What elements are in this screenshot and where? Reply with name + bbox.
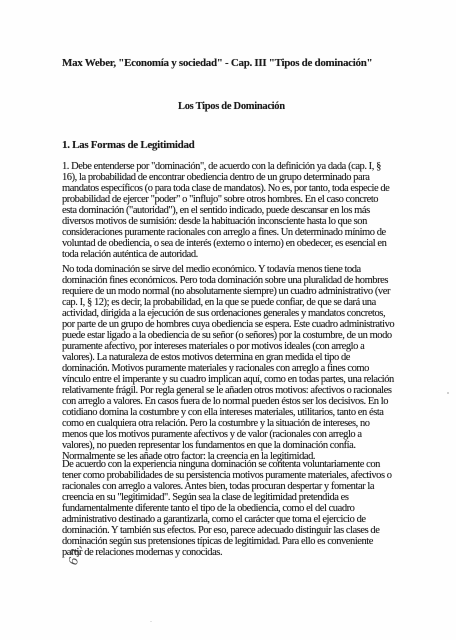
section-heading: 1. Las Formas de Legitimidad	[62, 139, 194, 151]
paragraph-3: De acuerdo con la experiencia ninguna do…	[62, 459, 456, 558]
paragraph-1: 1. Debe entenderse por "dominación", de …	[62, 161, 456, 260]
document-page: Max Weber, "Economía y sociedad" - Cap. …	[0, 0, 456, 640]
document-subtitle: Los Tipos de Dominación	[178, 101, 285, 112]
handwritten-page-number: 63,	[66, 542, 84, 567]
scan-speckle	[447, 392, 449, 394]
scan-speckle	[150, 621, 152, 622]
paragraph-2: No toda dominación se sirve del medio ec…	[62, 264, 456, 462]
document-title: Max Weber, "Economía y sociedad" - Cap. …	[62, 57, 372, 69]
